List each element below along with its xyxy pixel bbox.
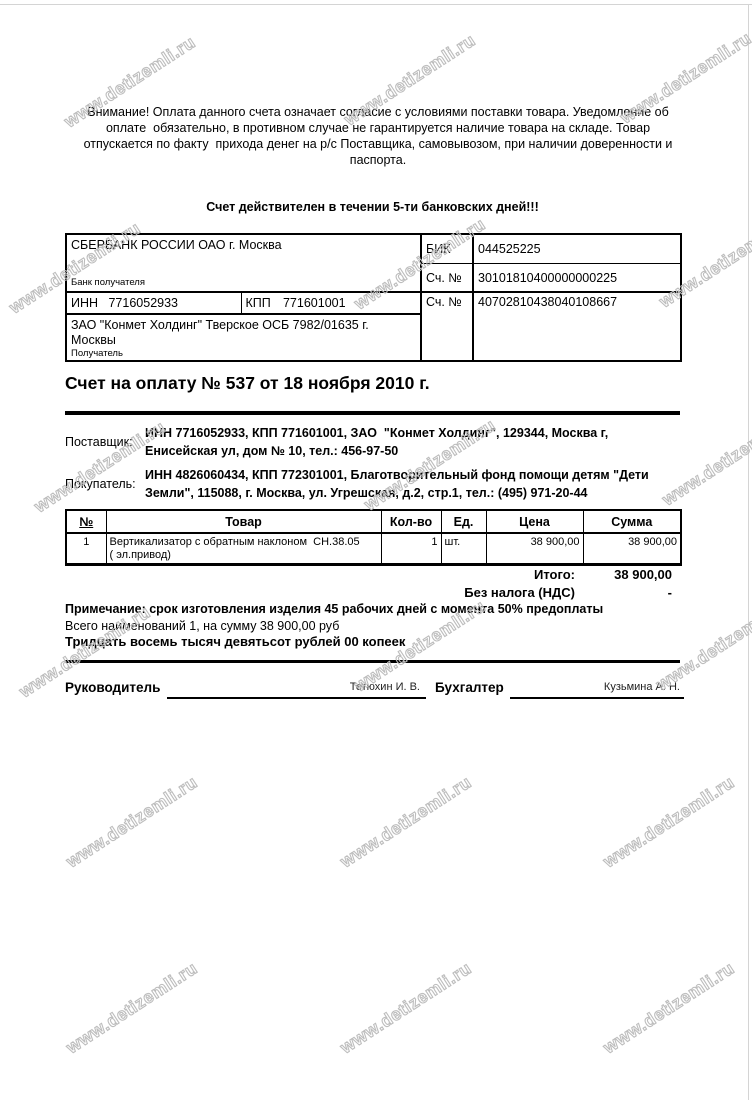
note-line: Примечание: срок изготовления изделия 45… (65, 602, 680, 616)
account-value: 40702810438040108667 (473, 292, 681, 361)
recipient-name: ЗАО "Конмет Холдинг" Тверское ОСБ 7982/0… (71, 318, 416, 348)
col-header-num: № (66, 510, 106, 533)
item-qty: 1 (381, 533, 441, 565)
recipient-sublabel: Получатель (71, 348, 416, 359)
col-header-qty: Кол-во (381, 510, 441, 533)
inn-cell: ИНН 7716052933 (66, 292, 241, 314)
vat-label: Без налога (НДС) (65, 585, 575, 600)
item-num: 1 (66, 533, 106, 565)
supplier-label: Поставщик: (65, 435, 145, 449)
invoice-page: www.detizemli.ruwww.detizemli.ruwww.deti… (0, 0, 752, 1100)
recipient-cell: ЗАО "Конмет Холдинг" Тверское ОСБ 7982/0… (66, 314, 421, 361)
corr-account-value: 30101810400000000225 (473, 264, 681, 293)
supplier-row: Поставщик: ИНН 7716052933, КПП 771601001… (65, 422, 680, 462)
col-header-price: Цена (486, 510, 583, 533)
watermark-text: www.detizemli.ru (63, 958, 202, 1058)
accountant-signature-line: Кузьмина А. Н. (510, 681, 684, 699)
director-label: Руководитель (65, 680, 160, 695)
payment-warning-notice: Внимание! Оплата данного счета означает … (56, 104, 700, 168)
watermark-text: www.detizemli.ru (600, 958, 739, 1058)
item-unit: шт. (441, 533, 486, 565)
bank-name: СБЕРБАНК РОССИИ ОАО г. Москва (71, 238, 416, 252)
item-sum: 38 900,00 (583, 533, 681, 565)
accountant-label: Бухгалтер (435, 680, 504, 695)
watermark-text: www.detizemli.ru (337, 772, 476, 872)
bank-requisites-table: СБЕРБАНК РОССИИ ОАО г. Москва Банк получ… (65, 233, 682, 362)
accountant-name: Кузьмина А. Н. (604, 681, 680, 693)
total-row: Итого: 38 900,00 (65, 567, 672, 582)
signature-divider (65, 660, 680, 663)
validity-note: Счет действителен в течении 5-ти банковс… (65, 200, 680, 214)
bank-name-sublabel: Банк получателя (71, 277, 416, 288)
total-value: 38 900,00 (575, 567, 672, 582)
col-header-unit: Ед. (441, 510, 486, 533)
inn-value: 7716052933 (108, 296, 178, 310)
item-row: 1 Вертикализатор с обратным наклоном СН.… (66, 533, 681, 565)
supplier-value: ИНН 7716052933, КПП 771601001, ЗАО "Конм… (145, 424, 680, 460)
director-name: Тетюхин И. В. (350, 681, 420, 693)
items-header-row: № Товар Кол-во Ед. Цена Сумма (66, 510, 681, 533)
watermark-text: www.detizemli.ru (337, 958, 476, 1058)
amount-in-words: Тридцать восемь тысяч девятьсот рублей 0… (65, 634, 680, 649)
kpp-cell: КПП 771601001 (241, 292, 421, 314)
kpp-label: КПП (246, 296, 280, 310)
title-divider (65, 411, 680, 415)
corr-account-label: Сч. № (421, 264, 473, 293)
director-signature-line: Тетюхин И. В. (167, 681, 426, 699)
item-price: 38 900,00 (486, 533, 583, 565)
item-name: Вертикализатор с обратным наклоном СН.38… (106, 533, 381, 565)
watermark-text: www.detizemli.ru (63, 772, 202, 872)
total-label: Итого: (65, 567, 575, 582)
bik-value: 044525225 (473, 234, 681, 264)
vat-value: - (575, 585, 672, 600)
kpp-value: 771601001 (283, 296, 346, 310)
bik-label: БИК (421, 234, 473, 264)
page-border-right (748, 4, 749, 1100)
buyer-value: ИНН 4826060434, КПП 772301001, Благотвор… (145, 466, 680, 502)
items-table: № Товар Кол-во Ед. Цена Сумма 1 Вертикал… (65, 509, 682, 566)
inn-label: ИНН (71, 296, 105, 310)
items-count-line: Всего наименований 1, на сумму 38 900,00… (65, 619, 680, 633)
col-header-product: Товар (106, 510, 381, 533)
col-header-sum: Сумма (583, 510, 681, 533)
page-border-top (0, 4, 752, 5)
bank-name-cell: СБЕРБАНК РОССИИ ОАО г. Москва Банк получ… (66, 234, 421, 292)
invoice-title: Счет на оплату № 537 от 18 ноября 2010 г… (65, 373, 430, 394)
account-label: Сч. № (421, 292, 473, 361)
watermark-text: www.detizemli.ru (600, 772, 739, 872)
buyer-label: Покупатель: (65, 477, 145, 491)
buyer-row: Покупатель: ИНН 4826060434, КПП 77230100… (65, 464, 680, 504)
vat-row: Без налога (НДС) - (65, 585, 672, 600)
